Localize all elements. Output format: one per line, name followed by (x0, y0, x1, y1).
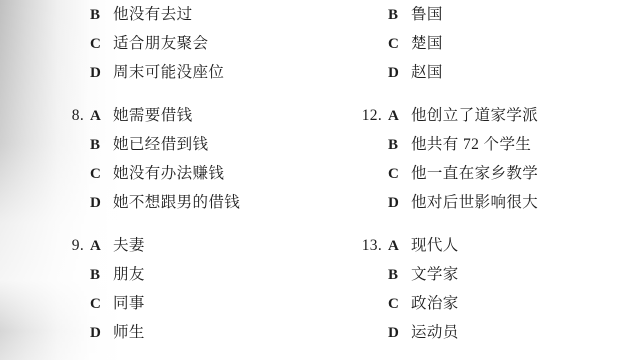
option-text: 她需要借钱 (113, 101, 193, 130)
option-text: 赵国 (411, 58, 443, 87)
option-letter: C (388, 290, 402, 319)
option-letter: A (90, 232, 104, 261)
option-letter: C (90, 290, 104, 319)
option-letter: C (90, 30, 104, 59)
option-letter: D (90, 59, 104, 88)
option-text: 政治家 (411, 289, 459, 318)
option-letter: D (388, 59, 402, 88)
option-row: C 政治家 (348, 289, 538, 318)
option-text: 夫妻 (113, 231, 145, 260)
option-text: 他共有 72 个学生 (411, 130, 531, 159)
question-group-9: 9. A 夫妻 B 朋友 C 同事 D 师生 (50, 231, 240, 347)
option-letter: B (90, 1, 104, 30)
option-letter: B (388, 1, 402, 30)
option-row: B 他没有去过 (50, 0, 240, 29)
option-letter: C (388, 30, 402, 59)
option-row: 8. A 她需要借钱 (50, 101, 240, 130)
option-text: 他对后世影响很大 (411, 188, 538, 217)
option-text: 朋友 (113, 260, 145, 289)
option-row: D 赵国 (348, 58, 538, 87)
option-text: 他一直在家乡教学 (411, 159, 538, 188)
question-number: 8. (50, 101, 84, 130)
option-text: 运动员 (411, 318, 459, 347)
option-text: 楚国 (411, 29, 443, 58)
option-row: 13. A 现代人 (348, 231, 538, 260)
option-letter: B (388, 131, 402, 160)
option-letter: A (90, 102, 104, 131)
option-letter: D (388, 319, 402, 348)
option-text: 文学家 (411, 260, 459, 289)
question-group-7: B 他没有去过 C 适合朋友聚会 D 周末可能没座位 (50, 0, 240, 87)
option-letter: A (388, 102, 402, 131)
option-text: 她没有办法赚钱 (113, 159, 224, 188)
option-row: B 文学家 (348, 260, 538, 289)
option-text: 同事 (113, 289, 145, 318)
option-letter: A (388, 232, 402, 261)
option-row: B 他共有 72 个学生 (348, 130, 538, 159)
question-number: 12. (348, 101, 382, 130)
option-text: 鲁国 (411, 0, 443, 29)
question-group-8: 8. A 她需要借钱 B 她已经借到钱 C 她没有办法赚钱 D 她不想跟男的借钱 (50, 101, 240, 217)
question-group-13: 13. A 现代人 B 文学家 C 政治家 D 运动员 (348, 231, 538, 347)
option-letter: C (388, 160, 402, 189)
option-row: D 他对后世影响很大 (348, 188, 538, 217)
option-text: 他创立了道家学派 (411, 101, 538, 130)
option-text: 师生 (113, 318, 145, 347)
option-row: D 周末可能没座位 (50, 58, 240, 87)
option-row: D 师生 (50, 318, 240, 347)
question-number: 13. (348, 231, 382, 260)
option-row: C 同事 (50, 289, 240, 318)
option-row: C 她没有办法赚钱 (50, 159, 240, 188)
question-number: 9. (50, 231, 84, 260)
option-row: C 适合朋友聚会 (50, 29, 240, 58)
question-group-11: B 鲁国 C 楚国 D 赵国 (348, 0, 538, 87)
options-column-right: B 鲁国 C 楚国 D 赵国 12. A 他创立了道家学派 (348, 0, 538, 347)
option-letter: B (90, 131, 104, 160)
question-group-12: 12. A 他创立了道家学派 B 他共有 72 个学生 C 他一直在家乡教学 D… (348, 101, 538, 217)
option-text: 他没有去过 (113, 0, 193, 29)
option-text: 她已经借到钱 (113, 130, 208, 159)
test-paper-page: B 他没有去过 C 适合朋友聚会 D 周末可能没座位 8. A 她需要借钱 (0, 0, 640, 360)
option-text: 现代人 (411, 231, 459, 260)
option-letter: D (90, 189, 104, 218)
options-column-left: B 他没有去过 C 适合朋友聚会 D 周末可能没座位 8. A 她需要借钱 (50, 0, 240, 347)
option-row: D 她不想跟男的借钱 (50, 188, 240, 217)
option-row: B 她已经借到钱 (50, 130, 240, 159)
option-text: 周末可能没座位 (113, 58, 224, 87)
option-letter: D (388, 189, 402, 218)
option-row: C 楚国 (348, 29, 538, 58)
option-row: D 运动员 (348, 318, 538, 347)
option-row: C 他一直在家乡教学 (348, 159, 538, 188)
option-text: 她不想跟男的借钱 (113, 188, 240, 217)
option-letter: C (90, 160, 104, 189)
option-text: 适合朋友聚会 (113, 29, 208, 58)
option-row: B 鲁国 (348, 0, 538, 29)
option-row: 12. A 他创立了道家学派 (348, 101, 538, 130)
option-letter: B (388, 261, 402, 290)
option-row: B 朋友 (50, 260, 240, 289)
option-letter: D (90, 319, 104, 348)
option-letter: B (90, 261, 104, 290)
option-row: 9. A 夫妻 (50, 231, 240, 260)
